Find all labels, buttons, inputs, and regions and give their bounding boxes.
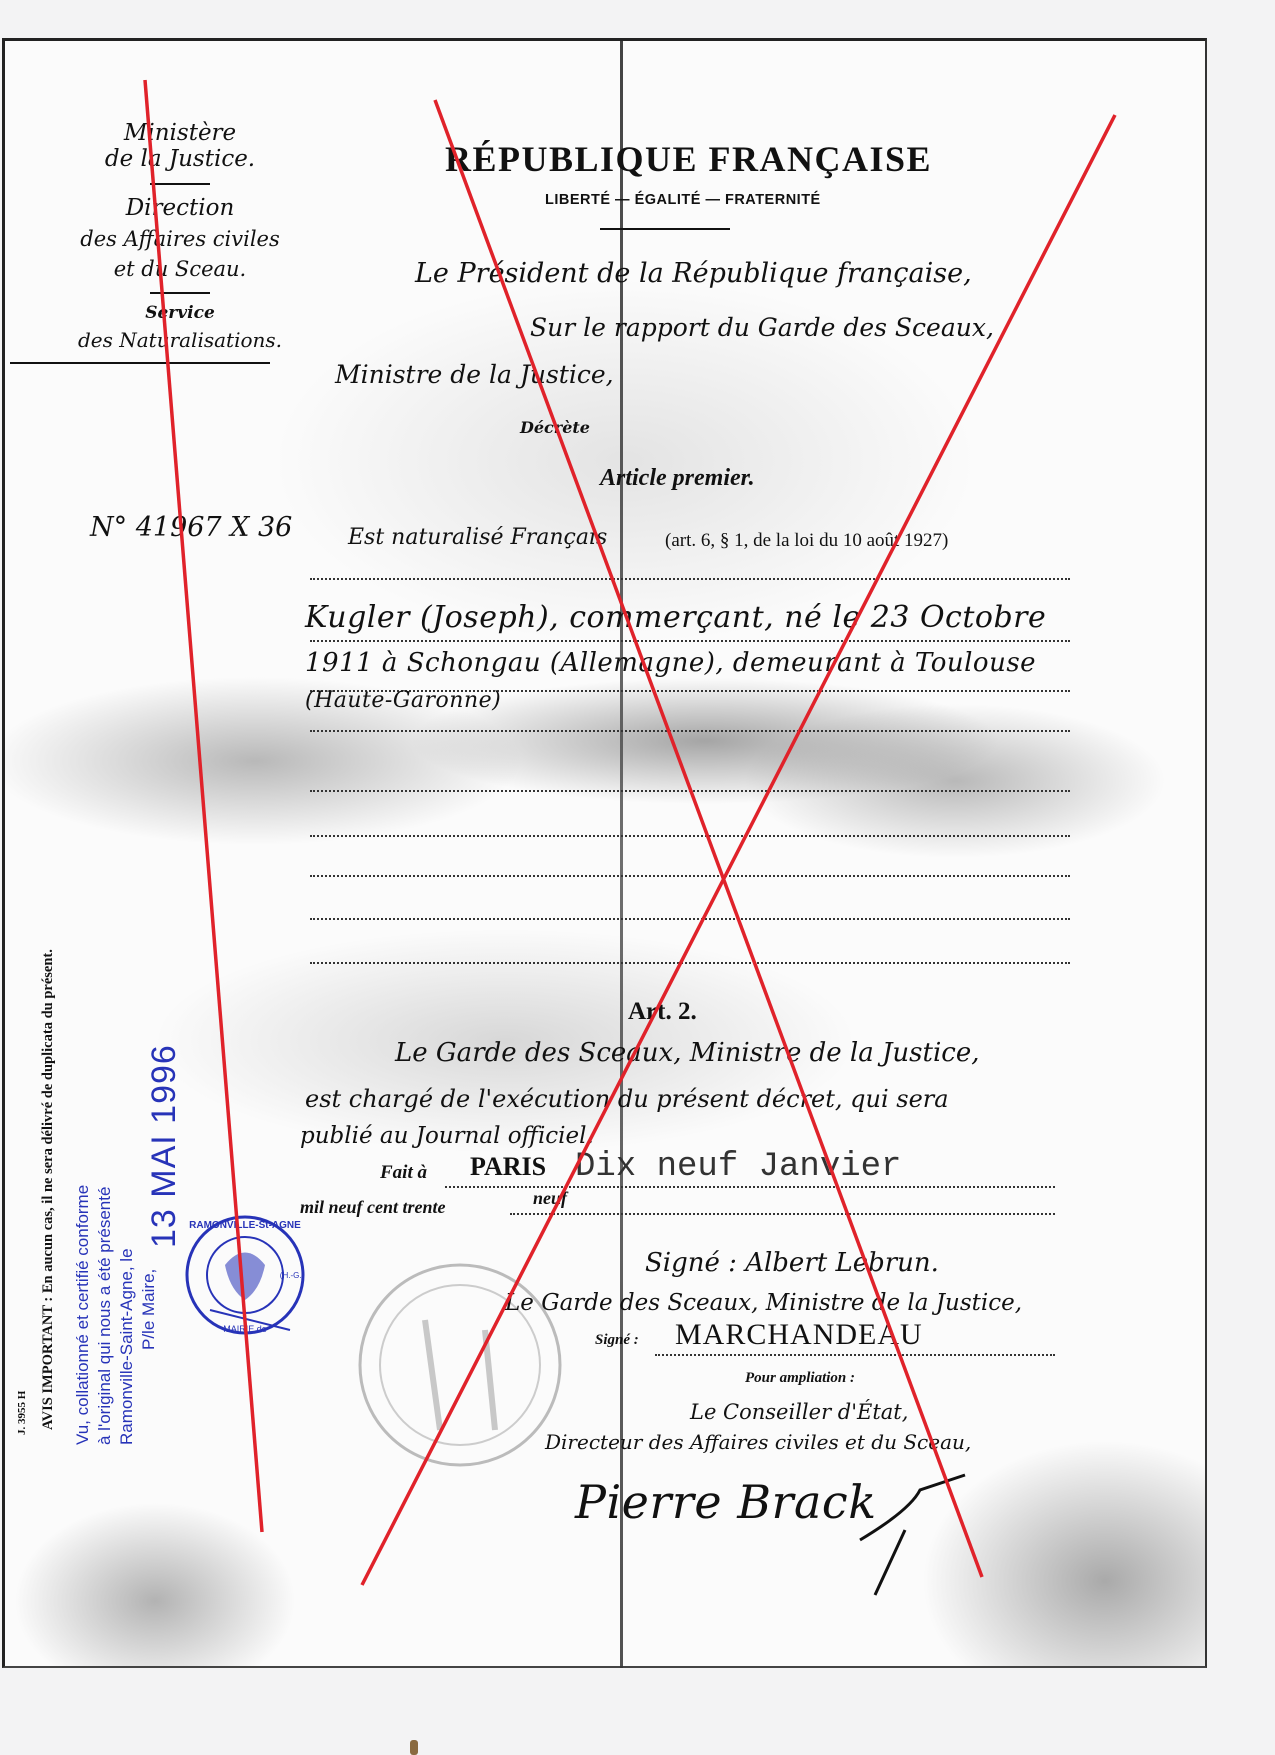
scan-speck	[410, 1740, 418, 1755]
signature-flourish-icon	[850, 1470, 970, 1600]
place: PARIS	[470, 1152, 546, 1182]
form-code: J. 3955 H	[16, 1391, 28, 1435]
handwritten-signature: Pierre Brack	[575, 1475, 877, 1529]
certification-date: 13 MAI 1996	[145, 1044, 184, 1248]
divider	[150, 292, 210, 294]
mairie-seal-icon: RAMONVILLE-St-AGNE MAIRIE de (H.-G.)	[180, 1210, 310, 1340]
reference-number: N° 41967 X 36	[90, 512, 292, 543]
minister-name: MARCHANDEAU	[675, 1318, 923, 1352]
handwritten-birth: 1911 à Schongau (Allemagne), demeurant à…	[305, 648, 1036, 678]
ornament-divider	[600, 228, 730, 230]
stamp-line: à l'original qui nous a été présenté	[94, 1185, 116, 1445]
ministry-line: de la Justice.	[60, 146, 300, 172]
law-reference: (art. 6, § 1, de la loi du 10 août 1927)	[665, 530, 948, 552]
director: Directeur des Affaires civiles et du Sce…	[545, 1430, 971, 1454]
direction-line: Direction	[60, 195, 300, 221]
service-line: des Naturalisations.	[60, 329, 300, 352]
fait-label: Fait à	[380, 1162, 427, 1184]
year-label: mil neuf cent trente	[300, 1197, 446, 1218]
minister-title: Le Garde des Sceaux, Ministre de la Just…	[505, 1290, 1022, 1316]
svg-text:MAIRIE de: MAIRIE de	[223, 1324, 267, 1334]
handwritten-department: (Haute-Garonne)	[305, 688, 501, 713]
svg-text:(H.-G.): (H.-G.)	[280, 1271, 305, 1280]
republic-motto: LIBERTÉ — ÉGALITÉ — FRATERNITÉ	[545, 192, 821, 208]
direction-line: des Affaires civiles	[60, 227, 300, 251]
naturalise-intro: Est naturalisé Français	[348, 525, 607, 550]
preamble-line: Sur le rapport du Garde des Sceaux,	[530, 313, 994, 342]
ministry-header: Ministère de la Justice. Direction des A…	[60, 120, 300, 374]
article1-title: Article premier.	[600, 465, 755, 492]
date-typed: Dix neuf Janvier	[575, 1148, 901, 1186]
direction-line: et du Sceau.	[60, 257, 300, 281]
service-line: Service	[60, 304, 300, 324]
councillor: Le Conseiller d'État,	[690, 1400, 908, 1424]
preamble-line: Le Président de la République française,	[415, 258, 972, 289]
article2-title: Art. 2.	[628, 998, 697, 1026]
article2-line: Le Garde des Sceaux, Ministre de la Just…	[395, 1038, 979, 1068]
svg-text:RAMONVILLE-St-AGNE: RAMONVILLE-St-AGNE	[189, 1220, 301, 1231]
signed-president: Signé : Albert Lebrun.	[645, 1248, 939, 1278]
article2-line: publié au Journal officiel.	[300, 1123, 594, 1149]
ampliation: Pour ampliation :	[745, 1370, 855, 1387]
margin-notice: AVIS IMPORTANT : En aucun cas, il ne ser…	[40, 949, 57, 1430]
signe-label: Signé :	[595, 1332, 639, 1349]
decree-word: Décrète	[520, 418, 590, 437]
stamp-line: Ramonville-Saint-Agne, le	[116, 1185, 138, 1445]
republic-title: RÉPUBLIQUE FRANÇAISE	[445, 138, 932, 180]
stamp-line: Vu, collationné et certifié conforme	[72, 1185, 94, 1445]
divider	[10, 362, 270, 364]
year-suffix: neuf	[533, 1188, 567, 1209]
ministry-line: Ministère	[60, 120, 300, 146]
preamble-line: Ministre de la Justice,	[335, 360, 614, 389]
divider	[150, 183, 210, 185]
article2-line: est chargé de l'exécution du présent déc…	[305, 1085, 949, 1113]
handwritten-name: Kugler (Joseph), commerçant, né le 23 Oc…	[305, 600, 1046, 635]
